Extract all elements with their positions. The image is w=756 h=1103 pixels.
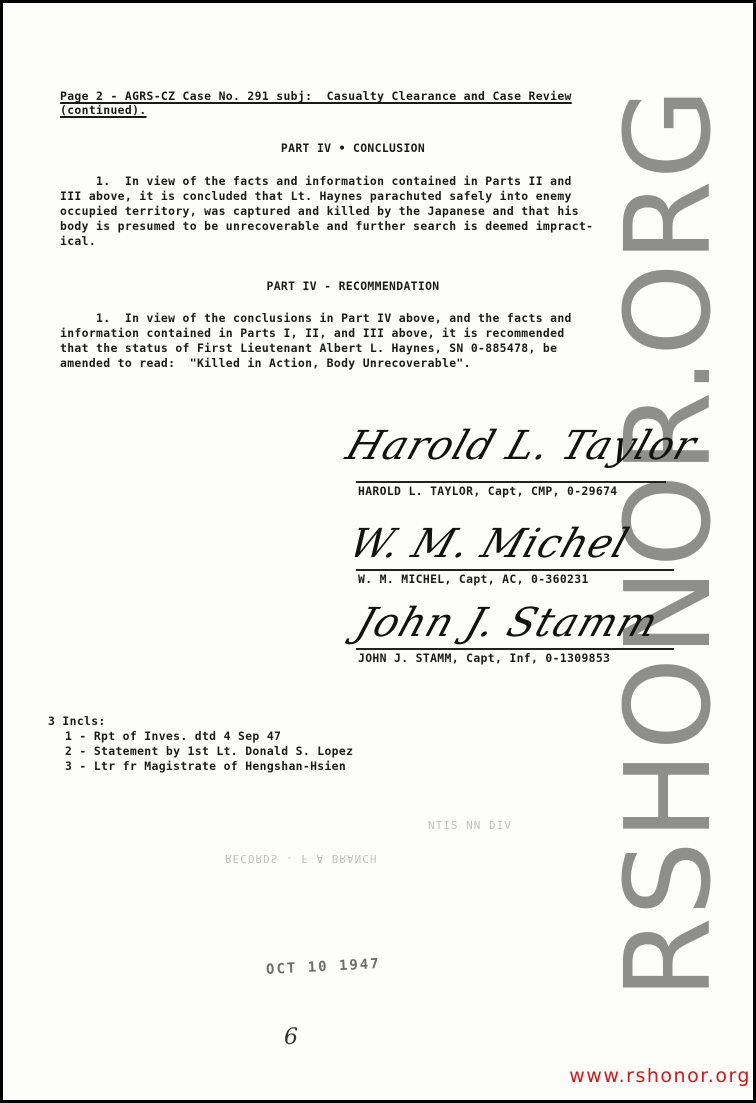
handwritten-signature: W. M. Michel [344, 521, 635, 567]
signature-line [356, 481, 666, 483]
conclusion-heading: PART IV • CONCLUSION [3, 141, 703, 155]
recommendation-line: information contained in Parts I, II, an… [60, 326, 565, 340]
inclosure-item: 1 - Rpt of Inves. dtd 4 Sep 47 [65, 729, 281, 743]
conclusion-line: III above, it is concluded that Lt. Hayn… [60, 189, 572, 203]
signature-line [356, 648, 674, 650]
signature-line [356, 569, 674, 571]
inclosure-item: 3 - Ltr fr Magistrate of Hengshan-Hsien [65, 759, 346, 773]
document-page: RSHONOR.ORG Page 2 - AGRS-CZ Case No. 29… [3, 3, 753, 1100]
signer-name: W. M. MICHEL, Capt, AC, 0-360231 [358, 572, 589, 586]
header-subject-line: Page 2 - AGRS-CZ Case No. 291 subj: Casu… [60, 89, 572, 103]
header-continued: (continued). [60, 103, 147, 117]
signer-name: JOHN J. STAMM, Capt, Inf, 0-1309853 [358, 651, 610, 665]
conclusion-line: body is presumed to be unrecoverable and… [60, 219, 593, 233]
recommendation-line: 1. In view of the conclusions in Part IV… [60, 311, 572, 325]
bleed-through-text: NTIS NN DIV [428, 819, 512, 832]
recommendation-line: that the status of First Lieutenant Albe… [60, 341, 557, 355]
handwritten-signature: John J. Stamm [351, 600, 665, 646]
watermark: RSHONOR.ORG [620, 85, 716, 1000]
inclosures-title: 3 Incls: [48, 714, 106, 728]
conclusion-line: occupied territory, was captured and kil… [60, 204, 579, 218]
conclusion-line: ical. [60, 234, 96, 248]
date-stamp: OCT 10 1947 [266, 956, 381, 978]
recommendation-line: amended to read: "Killed in Action, Body… [60, 356, 471, 370]
page-mark: 6 [284, 1025, 298, 1050]
handwritten-signature: Harold L. Taylor [341, 423, 703, 469]
inclosure-item: 2 - Statement by 1st Lt. Donald S. Lopez [65, 744, 353, 758]
signer-name: HAROLD L. TAYLOR, Capt, CMP, 0-29674 [358, 484, 617, 498]
recommendation-heading: PART IV - RECOMMENDATION [3, 279, 703, 293]
conclusion-line: 1. In view of the facts and information … [60, 174, 572, 188]
site-url: www.rshonor.org [569, 1065, 751, 1087]
bleed-through-text: RECORDS - F A BRANCH [225, 852, 377, 865]
